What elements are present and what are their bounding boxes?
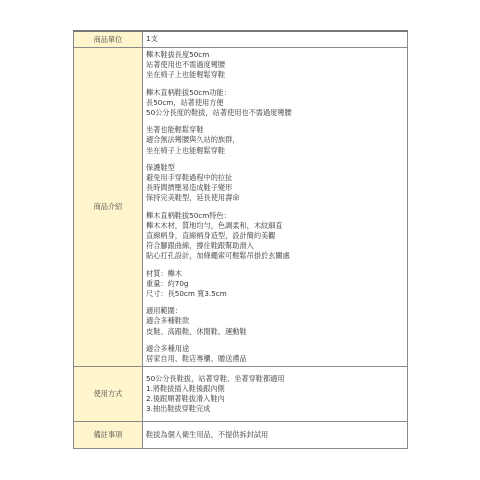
intro-paragraph-protect: 保護鞋型 避免用手穿鞋過程中的拉扯 長時間擠壓易造成鞋子變形 保持完美鞋型，延長…: [146, 163, 404, 204]
text-line: 櫸木木材，質地均勻，色調柔和，木紋細直: [146, 221, 404, 231]
text-line: 貼心打孔設計，加條繩索可輕鬆吊掛於玄關處: [146, 251, 404, 261]
text-line: 適用範圍：: [146, 306, 404, 316]
intro-paragraph-sitting: 坐著也能輕鬆穿鞋 適合無法彎腰與久站的族群， 坐在椅子上也能輕鬆穿鞋: [146, 125, 404, 156]
text-line: 2.後跟順著鞋拔滑入鞋內: [146, 394, 404, 404]
text-line: 櫸木直柄鞋拔50cm功能：: [146, 88, 404, 98]
text-line: 符合腳跟曲線，撐住鞋跟幫助滑入: [146, 241, 404, 251]
text-line: 保護鞋型: [146, 163, 404, 173]
text-line: 50公分長度的鞋拔，站著使用也不需過度彎腰: [146, 108, 404, 118]
text-line: 尺寸：長50cm 寬3.5cm: [146, 289, 404, 299]
usage-paragraph: 50公分長鞋拔，站著穿鞋、坐著穿鞋都適用 1.將鞋拔插入鞋後跟內側 2.後跟順著…: [146, 374, 404, 415]
text-line: 居家自用、鞋店專櫃、贈送禮品: [146, 354, 404, 364]
text-line: 鞋拔為個人衛生用品，不提供拆封試用: [146, 430, 404, 440]
text-line: 保持完美鞋型，延長使用壽命: [146, 193, 404, 203]
spec-row-unit: 商品單位 1支: [74, 31, 408, 48]
label-usage: 使用方式: [74, 367, 143, 422]
spec-row-usage: 使用方式 50公分長鞋拔，站著穿鞋、坐著穿鞋都適用 1.將鞋拔插入鞋後跟內側 2…: [74, 367, 408, 422]
value-usage: 50公分長鞋拔，站著穿鞋、坐著穿鞋都適用 1.將鞋拔插入鞋後跟內側 2.後跟順著…: [143, 367, 408, 422]
text-line: 坐在椅子上也能輕鬆穿鞋: [146, 70, 404, 80]
text-line: 適合多種鞋款: [146, 316, 404, 326]
text-line: 站著使用也不需過度彎腰: [146, 60, 404, 70]
text-line: 長時間擠壓易造成鞋子變形: [146, 183, 404, 193]
text-line: 1.將鞋拔插入鞋後跟內側: [146, 384, 404, 394]
intro-paragraph-features: 櫸木直柄鞋拔50cm特色： 櫸木木材，質地均勻，色調柔和，木紋細直 直線柄身，直…: [146, 211, 404, 262]
intro-paragraph-length: 櫸木鞋拔長度50cm 站著使用也不需過度彎腰 坐在椅子上也能輕鬆穿鞋: [146, 50, 404, 81]
text-line: 皮鞋、高跟鞋、休閒鞋、運動鞋: [146, 327, 404, 337]
text-line: 50公分長鞋拔，站著穿鞋、坐著穿鞋都適用: [146, 374, 404, 384]
unit-paragraph: 1支: [146, 34, 404, 44]
spec-row-intro: 商品介紹 櫸木鞋拔長度50cm 站著使用也不需過度彎腰 坐在椅子上也能輕鬆穿鞋 …: [74, 48, 408, 367]
value-intro: 櫸木鞋拔長度50cm 站著使用也不需過度彎腰 坐在椅子上也能輕鬆穿鞋 櫸木直柄鞋…: [143, 48, 408, 367]
note-paragraph: 鞋拔為個人衛生用品，不提供拆封試用: [146, 430, 404, 440]
text-line: 櫸木鞋拔長度50cm: [146, 50, 404, 60]
value-note: 鞋拔為個人衛生用品，不提供拆封試用: [143, 422, 408, 449]
label-unit: 商品單位: [74, 31, 143, 48]
text-line: 長50cm，站著使用方便: [146, 98, 404, 108]
text-line: 直線柄身，直線柄身造型，設計簡約美觀: [146, 231, 404, 241]
text-line: 櫸木直柄鞋拔50cm特色：: [146, 211, 404, 221]
intro-paragraph-function: 櫸木直柄鞋拔50cm功能： 長50cm，站著使用方便 50公分長度的鞋拔，站著使…: [146, 88, 404, 119]
spec-row-note: 備註事項 鞋拔為個人衛生用品，不提供拆封試用: [74, 422, 408, 449]
label-note: 備註事項: [74, 422, 143, 449]
text-line: 1支: [146, 34, 404, 44]
text-line: 3.抽出鞋拔穿鞋完成: [146, 404, 404, 414]
text-line: 坐在椅子上也能輕鬆穿鞋: [146, 146, 404, 156]
text-line: 坐著也能輕鬆穿鞋: [146, 125, 404, 135]
intro-paragraph-specs: 材質：櫸木 重量：約70g 尺寸：長50cm 寬3.5cm: [146, 269, 404, 300]
text-line: 材質：櫸木: [146, 269, 404, 279]
text-line: 適合無法彎腰與久站的族群，: [146, 135, 404, 145]
text-line: 避免用手穿鞋過程中的拉扯: [146, 173, 404, 183]
intro-paragraph-scope: 適用範圍： 適合多種鞋款 皮鞋、高跟鞋、休閒鞋、運動鞋: [146, 306, 404, 337]
value-unit: 1支: [143, 31, 408, 48]
text-line: 重量：約70g: [146, 279, 404, 289]
text-line: 適合多種用途: [146, 344, 404, 354]
label-intro: 商品介紹: [74, 48, 143, 367]
product-spec-table: 商品單位 1支 商品介紹 櫸木鞋拔長度50cm 站著使用也不需過度彎腰 坐在椅子…: [73, 30, 408, 449]
intro-paragraph-uses: 適合多種用途 居家自用、鞋店專櫃、贈送禮品: [146, 344, 404, 364]
